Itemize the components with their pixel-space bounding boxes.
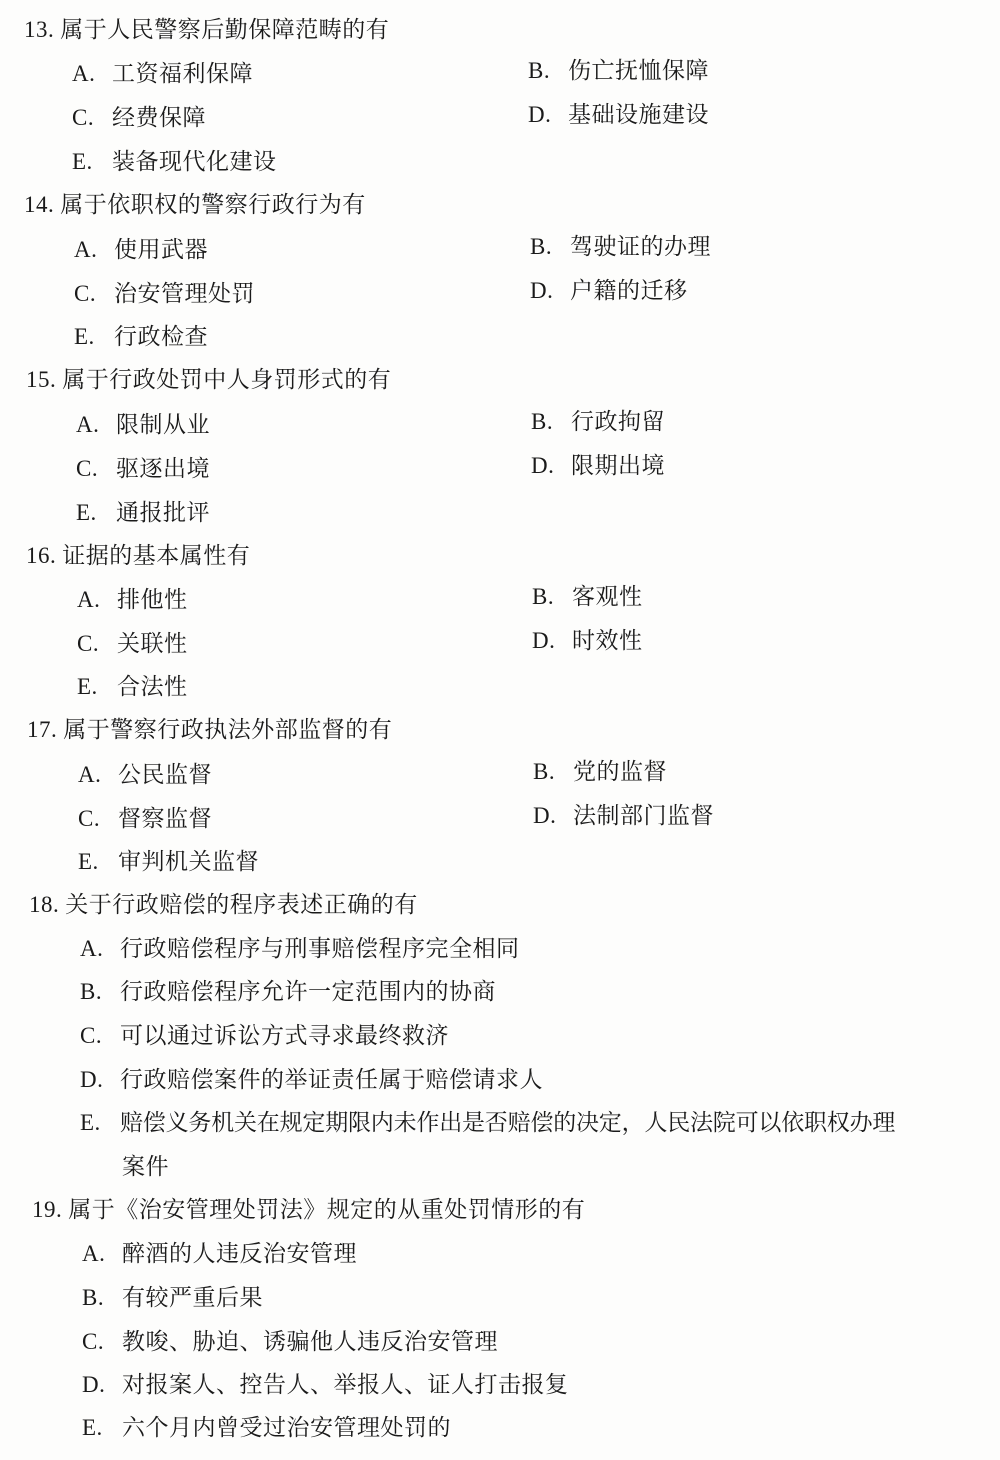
question-text: 关于行政赔偿的程序表述正确的有 [65, 890, 418, 920]
question-number: 16. [26, 541, 56, 571]
option-text: 驱逐出境 [116, 454, 210, 484]
question-17-option-e: E.审判机关监督 [78, 847, 259, 877]
question-16-option-a: A.排他性 [77, 585, 188, 615]
option-text: 行政赔偿程序与刑事赔偿程序完全相同 [120, 934, 520, 964]
option-text: 基础设施建设 [568, 100, 709, 130]
option-text: 可以通过诉讼方式寻求最终救济 [120, 1021, 449, 1051]
question-19-option-e: E.六个月内曾受过治安管理处罚的 [82, 1413, 451, 1443]
option-text: 有较严重后果 [122, 1283, 263, 1313]
option-letter: D. [82, 1370, 122, 1400]
question-18-option-c: C.可以通过诉讼方式寻求最终救济 [80, 1021, 449, 1051]
question-13-option-a: A.工资福利保障 [72, 59, 253, 89]
option-letter: D. [532, 626, 572, 656]
option-text: 教唆、胁迫、诱骗他人违反治安管理 [122, 1327, 498, 1357]
question-17-stem: 17.属于警察行政执法外部监督的有 [27, 715, 392, 745]
question-15-option-d: D.限期出境 [531, 451, 665, 481]
option-text: 限制从业 [116, 410, 210, 440]
question-14-stem: 14.属于依职权的警察行政行为有 [24, 190, 366, 220]
question-number: 19. [32, 1195, 62, 1225]
option-text: 党的监督 [573, 757, 667, 787]
question-18-stem: 18.关于行政赔偿的程序表述正确的有 [29, 890, 418, 920]
question-16-option-b: B.客观性 [532, 582, 643, 612]
question-18-option-e-continuation: 案件 [122, 1152, 169, 1182]
question-14-option-b: B.驾驶证的办理 [530, 232, 711, 262]
option-text: 行政赔偿案件的举证责任属于赔偿请求人 [120, 1065, 543, 1095]
question-16-option-c: C.关联性 [77, 629, 188, 659]
option-letter: A. [76, 410, 116, 440]
option-letter: E. [74, 322, 114, 352]
option-letter: C. [82, 1327, 122, 1357]
option-letter: E. [82, 1413, 122, 1443]
exam-page: 13.属于人民警察后勤保障范畴的有 A.工资福利保障 B.伤亡抚恤保障 C.经费… [0, 0, 1000, 1460]
question-14-option-a: A.使用武器 [74, 235, 208, 265]
option-letter: A. [72, 59, 112, 89]
question-17-option-a: A.公民监督 [78, 760, 212, 790]
question-15-option-b: B.行政拘留 [531, 407, 665, 437]
option-letter: B. [80, 977, 120, 1007]
option-letter: B. [82, 1283, 122, 1313]
question-19-option-d: D.对报案人、控告人、举报人、证人打击报复 [82, 1370, 569, 1400]
option-text: 督察监督 [118, 804, 212, 834]
option-text: 驾驶证的办理 [570, 232, 711, 262]
question-number: 17. [27, 715, 57, 745]
question-13-option-b: B.伤亡抚恤保障 [528, 56, 709, 86]
question-16-option-d: D.时效性 [532, 626, 643, 656]
option-text: 通报批评 [116, 498, 210, 528]
option-letter: E. [78, 847, 118, 877]
option-text: 伤亡抚恤保障 [568, 56, 709, 86]
option-letter: B. [531, 407, 571, 437]
question-17-option-b: B.党的监督 [533, 757, 667, 787]
option-text: 使用武器 [114, 235, 208, 265]
question-13-option-d: D.基础设施建设 [528, 100, 709, 130]
question-18-option-e: E.赔偿义务机关在规定期限内未作出是否赔偿的决定，人民法院可以依职权办理 [80, 1108, 895, 1138]
option-letter: A. [80, 934, 120, 964]
option-letter: A. [77, 585, 117, 615]
question-number: 15. [26, 365, 56, 395]
question-14-option-d: D.户籍的迁移 [530, 276, 688, 306]
question-15-option-e: E.通报批评 [76, 498, 210, 528]
option-letter: B. [528, 56, 568, 86]
question-16-stem: 16.证据的基本属性有 [26, 541, 250, 571]
option-letter: A. [82, 1239, 122, 1269]
question-19-stem: 19.属于《治安管理处罚法》规定的从重处罚情形的有 [32, 1195, 585, 1225]
option-text: 醉酒的人违反治安管理 [122, 1239, 357, 1269]
question-13-stem: 13.属于人民警察后勤保障范畴的有 [24, 15, 389, 45]
option-text: 公民监督 [118, 760, 212, 790]
question-text: 属于依职权的警察行政行为有 [60, 190, 366, 220]
option-text: 行政拘留 [571, 407, 665, 437]
option-text: 行政检查 [114, 322, 208, 352]
question-19-option-a: A.醉酒的人违反治安管理 [82, 1239, 357, 1269]
option-letter: E. [77, 672, 117, 702]
option-letter: C. [78, 804, 118, 834]
question-text: 属于警察行政执法外部监督的有 [63, 715, 392, 745]
option-letter: D. [533, 801, 573, 831]
question-text: 属于人民警察后勤保障范畴的有 [60, 15, 389, 45]
question-15-option-c: C.驱逐出境 [76, 454, 210, 484]
option-letter: D. [530, 276, 570, 306]
question-14-option-c: C.治安管理处罚 [74, 279, 255, 309]
option-text: 审判机关监督 [118, 847, 259, 877]
option-text: 工资福利保障 [112, 59, 253, 89]
option-letter: B. [533, 757, 573, 787]
option-text: 限期出境 [571, 451, 665, 481]
question-14-option-e: E.行政检查 [74, 322, 208, 352]
option-letter: E. [76, 498, 116, 528]
question-15-option-a: A.限制从业 [76, 410, 210, 440]
option-letter: B. [532, 582, 572, 612]
option-letter: D. [528, 100, 568, 130]
question-16-option-e: E.合法性 [77, 672, 188, 702]
option-text: 对报案人、控告人、举报人、证人打击报复 [122, 1370, 569, 1400]
option-letter: C. [80, 1021, 120, 1051]
option-text-continuation: 案件 [122, 1152, 169, 1182]
option-text: 经费保障 [112, 103, 206, 133]
question-18-option-a: A.行政赔偿程序与刑事赔偿程序完全相同 [80, 934, 520, 964]
option-text: 治安管理处罚 [114, 279, 255, 309]
question-15-stem: 15.属于行政处罚中人身罚形式的有 [26, 365, 391, 395]
option-letter: D. [80, 1065, 120, 1095]
option-text: 六个月内曾受过治安管理处罚的 [122, 1413, 451, 1443]
option-text: 时效性 [572, 626, 643, 656]
option-letter: C. [74, 279, 114, 309]
option-text: 关联性 [117, 629, 188, 659]
option-text: 法制部门监督 [573, 801, 714, 831]
question-13-option-e: E.装备现代化建设 [72, 147, 277, 177]
question-number: 14. [24, 190, 54, 220]
option-letter: E. [72, 147, 112, 177]
option-letter: B. [530, 232, 570, 262]
option-text: 排他性 [117, 585, 188, 615]
option-text: 客观性 [572, 582, 643, 612]
question-17-option-c: C.督察监督 [78, 804, 212, 834]
option-letter: D. [531, 451, 571, 481]
option-text: 户籍的迁移 [570, 276, 688, 306]
option-letter: A. [78, 760, 118, 790]
option-letter: A. [74, 235, 114, 265]
option-letter: C. [76, 454, 116, 484]
option-letter: C. [77, 629, 117, 659]
question-18-option-b: B.行政赔偿程序允许一定范围内的协商 [80, 977, 496, 1007]
option-letter: E. [80, 1108, 120, 1138]
question-number: 13. [24, 15, 54, 45]
option-letter: C. [72, 103, 112, 133]
option-text: 行政赔偿程序允许一定范围内的协商 [120, 977, 496, 1007]
option-text: 赔偿义务机关在规定期限内未作出是否赔偿的决定，人民法院可以依职权办理 [120, 1108, 895, 1138]
question-18-option-d: D.行政赔偿案件的举证责任属于赔偿请求人 [80, 1065, 543, 1095]
question-text: 属于行政处罚中人身罚形式的有 [62, 365, 391, 395]
question-text: 属于《治安管理处罚法》规定的从重处罚情形的有 [68, 1195, 585, 1225]
question-number: 18. [29, 890, 59, 920]
question-19-option-c: C.教唆、胁迫、诱骗他人违反治安管理 [82, 1327, 498, 1357]
question-17-option-d: D.法制部门监督 [533, 801, 714, 831]
option-text: 装备现代化建设 [112, 147, 277, 177]
option-text: 合法性 [117, 672, 188, 702]
question-text: 证据的基本属性有 [62, 541, 250, 571]
question-19-option-b: B.有较严重后果 [82, 1283, 263, 1313]
question-13-option-c: C.经费保障 [72, 103, 206, 133]
